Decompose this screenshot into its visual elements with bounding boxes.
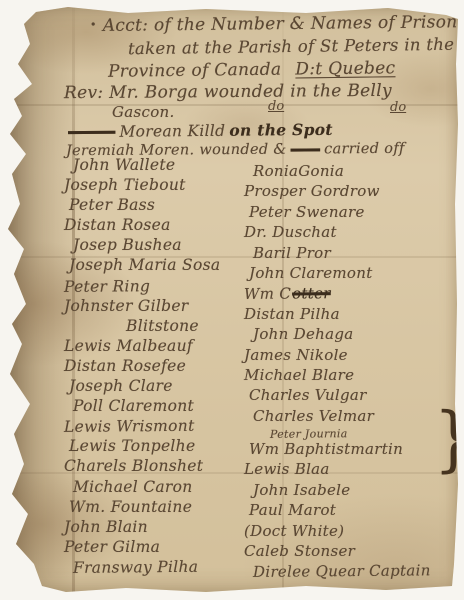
prisoner-name: Joseph Tiebout (64, 176, 269, 196)
rev-borga-line: Rev: Mr. Borga wounded in the Belly (64, 81, 392, 103)
prisoner-name: Prosper Gordrow (244, 182, 459, 202)
prisoner-list-left: John WalleteJoseph TieboutPeter BassDist… (64, 156, 269, 578)
scratched-text: otter (292, 285, 331, 303)
gascon-line: Gascon. (112, 103, 175, 121)
document-title-line1: •Acct: of the Number & Names of Prisoner… (90, 12, 464, 36)
prisoner-name: Lewis Tonpelhe (69, 437, 269, 457)
prisoner-name: Lewis Malbeauf (64, 337, 269, 357)
prisoner-name: Fransway Pilha (73, 557, 269, 579)
prisoner-name: John Isabele (253, 481, 459, 501)
manuscript-paper: •Acct: of the Number & Names of Prisoner… (6, 4, 458, 594)
prisoner-name: Wm Baphtistmartin (249, 440, 459, 460)
prisoner-name: Dr. Duschat (244, 223, 459, 243)
prisoner-name: John Blain (64, 518, 269, 538)
prisoner-name: Michael Caron (73, 478, 269, 498)
prisoner-name: (Doct White) (244, 522, 459, 542)
prisoner-name: Distan Rosefee (64, 357, 269, 377)
scratched-name: ——— (68, 123, 116, 141)
prisoner-name: Baril Pror (253, 244, 459, 264)
prisoner-name: Joseph Clare (69, 377, 269, 397)
prisoner-name: Michael Blare (244, 366, 459, 386)
prisoner-name: John Dehaga (253, 325, 459, 345)
ditto-mark: do (268, 99, 284, 114)
prisoner-name: Distan Rosea (64, 216, 269, 236)
prisoner-name: James Nikole (244, 346, 459, 366)
prisoner-name: Joseph Maria Sosa (69, 256, 269, 276)
prisoner-name: Peter Swenare (249, 203, 459, 223)
place-name: D:t Quebec (295, 58, 395, 79)
prisoner-name: Josep Bushea (73, 236, 269, 256)
prisoner-name: RoniaGonia (253, 162, 459, 182)
prisoner-name: Peter Bass (69, 196, 269, 216)
prisoner-name: Charels Blonshet (64, 457, 269, 477)
prisoner-name: Paul Marot (249, 501, 459, 521)
document-title-line3: Province of CanadaD:t Quebec (108, 58, 396, 82)
prisoner-name: Poll Claremont (73, 397, 269, 417)
prisoner-name: Wm. Fountaine (69, 498, 269, 518)
scanned-document-page: •Acct: of the Number & Names of Prisoner… (0, 0, 464, 600)
prisoner-name: John Wallete (73, 156, 269, 176)
prisoner-name: Lewis Wrismont (64, 416, 269, 438)
prisoner-list-right: RoniaGoniaProsper GordrowPeter SwenareDr… (244, 162, 459, 583)
prisoner-name: Peter Journia (270, 426, 459, 441)
prisoner-name: Charles Vulgar (249, 386, 459, 406)
prisoner-name: Lewis Blaa (244, 460, 459, 480)
document-title-line2: taken at the Parish of St Peters in the (128, 35, 454, 59)
ink-dot: • (90, 18, 97, 31)
prisoner-name: John Claremont (249, 264, 459, 284)
prisoner-name: Peter Ring (64, 276, 269, 298)
prisoner-name: Peter Gilma (64, 538, 269, 558)
prisoner-name: Distan Pilha (244, 305, 459, 325)
morean-line: ———Morean Killdon the Spot (64, 120, 333, 141)
prisoner-name: Johnster Gilber (64, 297, 269, 317)
grouping-brace: } (434, 397, 464, 481)
ditto-mark: do (390, 100, 406, 115)
on-the-spot-note: on the Spot (229, 120, 333, 140)
scratched-word: —— (290, 141, 320, 157)
prisoner-name: Wm Cotter (244, 283, 459, 305)
prisoner-name: Caleb Stonser (244, 542, 459, 562)
prisoner-name: Charles Velmar (253, 407, 459, 427)
prisoner-name: Direlee Quear Captain (253, 562, 459, 584)
